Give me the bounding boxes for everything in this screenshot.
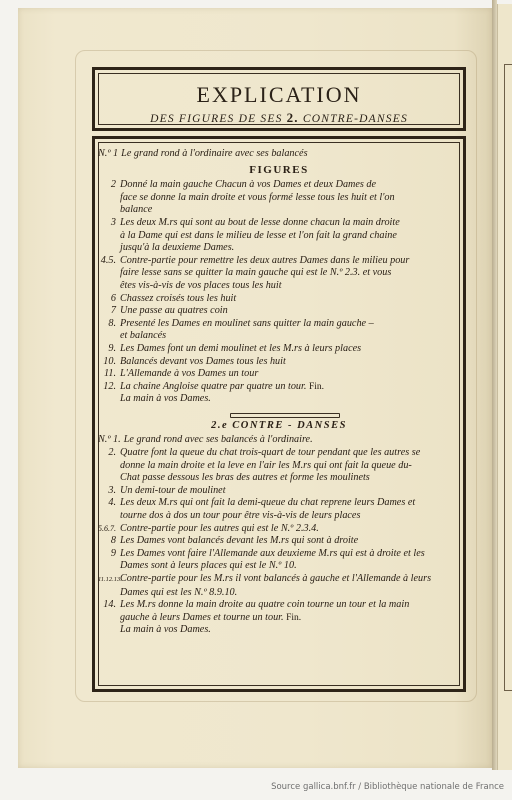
figure-item: 2.Quatre font la queue du chat trois-qua…: [98, 447, 460, 485]
page-title: EXPLICATION: [95, 82, 463, 108]
source-attribution: Source gallica.bnf.fr / Bibliothèque nat…: [271, 782, 504, 792]
figure-item: 8Les Dames vont balancés devant les M.rs…: [98, 535, 460, 548]
fin-mark: Fin.: [309, 382, 324, 392]
figure-item: 3.Un demi-tour de moulinet: [98, 485, 460, 498]
figure-item: 2Donné la main gauche Chacun à vos Dames…: [98, 179, 460, 217]
fin-mark: Fin.: [286, 613, 301, 623]
figure-item: 8.Presenté les Dames en moulinet sans qu…: [98, 318, 460, 343]
section1-intro: N.º 1Le grand rond à l'ordinaire avec se…: [98, 148, 460, 161]
figure-item: 9Les Dames vont faire l'Allemande aux de…: [98, 548, 460, 573]
contre-danses-heading: 2.e CONTRE - DANSES: [98, 420, 460, 433]
figure-item: 5.6.7.Contre-partie pour les autres qui …: [98, 523, 460, 536]
figure-item: 11.L'Allemande à vos Dames un tour: [98, 368, 460, 381]
section2-intro: N.º 1.Le grand rond avec ses balancés à …: [98, 434, 460, 447]
subtitle-number: 2.: [287, 110, 299, 125]
figure-item: 6Chassez croisés tous les huit: [98, 293, 460, 306]
section-divider: [230, 413, 340, 418]
facing-page-frame: [504, 64, 512, 691]
figure-item: 10.Balancés devant vos Dames tous les hu…: [98, 356, 460, 369]
page-subtitle: DES FIGURES DE SES 2. CONTRE-DANSES: [95, 110, 463, 126]
figure-item: 4.Les deux M.rs qui ont fait la demi-que…: [98, 497, 460, 522]
facing-page-edge: [497, 4, 512, 770]
figure-item: 7Une passe au quatres coin: [98, 305, 460, 318]
figure-item: 9.Les Dames font un demi moulinet et les…: [98, 343, 460, 356]
section1-closing: La main à vos Dames.: [98, 393, 460, 406]
section2-closing: La main à vos Dames.: [98, 624, 460, 637]
figure-item: 12.La chaine Angloise quatre par quatre …: [98, 381, 460, 394]
figure-item: 14.Les M.rs donne la main droite au quat…: [98, 599, 460, 624]
subtitle-suffix: CONTRE-DANSES: [303, 113, 408, 125]
figure-item: 11.12.13.Contre-partie pour les M.rs il …: [98, 573, 460, 599]
figure-item: 3Les deux M.rs qui sont au bout de lesse…: [98, 217, 460, 255]
title-cartouche: EXPLICATION DES FIGURES DE SES 2. CONTRE…: [92, 67, 466, 131]
dance-instructions: N.º 1Le grand rond à l'ordinaire avec se…: [98, 148, 460, 637]
figures-heading: FIGURES: [98, 164, 460, 177]
subtitle-prefix: DES FIGURES DE SES: [150, 113, 282, 125]
figure-item: 4.5.Contre-partie pour remettre les deux…: [98, 255, 460, 293]
